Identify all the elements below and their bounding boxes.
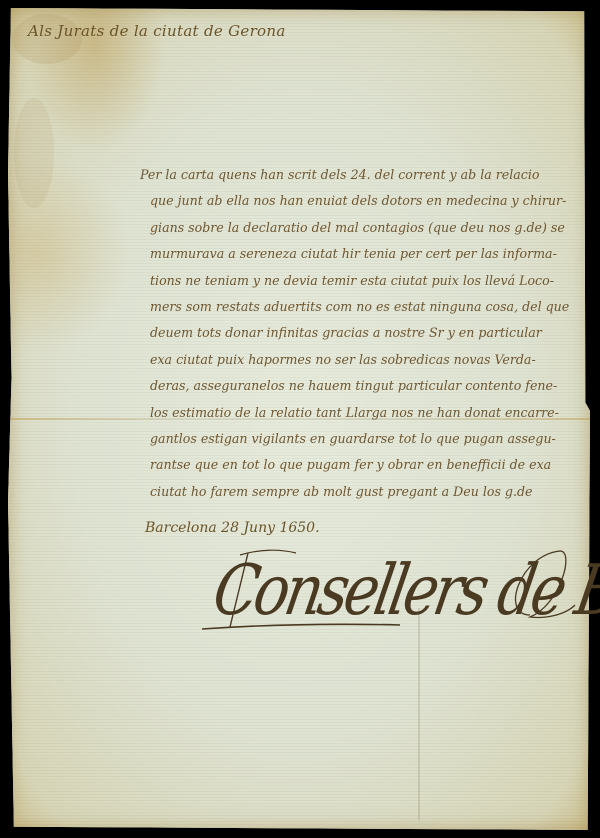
body-line: gians sobre la declaratio del mal contag… xyxy=(150,215,580,241)
body-line: los estimatio de la relatio tant Llarga … xyxy=(150,400,580,426)
address-line: Als Jurats de la ciutat de Gerona xyxy=(28,22,286,40)
stain xyxy=(14,98,54,208)
body-line: que junt ab ella nos han enuiat dels dot… xyxy=(150,188,580,214)
signature: Consellers de Barcelona xyxy=(200,545,580,635)
letter-body: Per la carta quens han scrit dels 24. de… xyxy=(150,162,580,505)
body-line: rantse que en tot lo que pugam fer y obr… xyxy=(150,452,580,478)
body-line: deuem tots donar infinitas gracias a nos… xyxy=(150,320,580,346)
vertical-fold xyxy=(418,608,420,820)
body-line: deras, asseguranelos ne hauem tingut par… xyxy=(150,373,580,399)
body-line: ciutat ho farem sempre ab molt gust preg… xyxy=(150,479,580,505)
date-line: Barcelona 28 Juny 1650. xyxy=(145,520,320,536)
body-line: exa ciutat puix hapormes no ser las sobr… xyxy=(150,347,580,373)
body-line: mers som restats aduertits com no es est… xyxy=(150,294,580,320)
body-line: tions ne teniam y ne devia temir esta ci… xyxy=(150,268,580,294)
body-line: gantlos estigan vigilants en guardarse t… xyxy=(150,426,580,452)
signature-text: Consellers de Barcelona xyxy=(208,549,600,631)
body-line: Per la carta quens han scrit dels 24. de… xyxy=(140,162,580,188)
body-line: murmurava a sereneza ciutat hir tenia pe… xyxy=(150,241,580,267)
